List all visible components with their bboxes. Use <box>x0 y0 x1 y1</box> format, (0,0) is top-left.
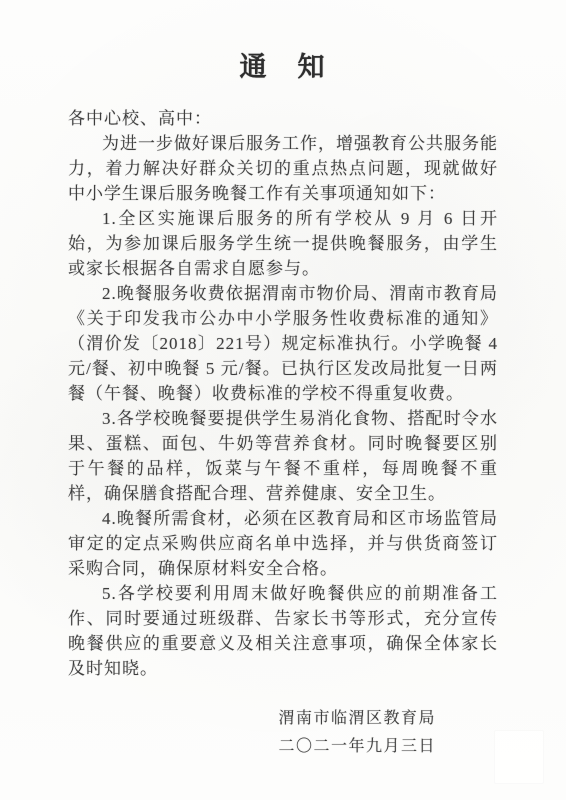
document-body: 各中心校、高中： 为进一步做好课后服务工作，增强教育公共服务能力，着力解决好群众… <box>68 106 498 761</box>
signature-inner: 渭南市临渭区教育局 二〇二一年九月三日 <box>278 705 436 761</box>
notice-item-4: 4.晚餐所需食材，必须在区教育局和区市场监管局审定的定点采购供应商名单中选择，并… <box>68 506 498 581</box>
salutation-line: 各中心校、高中： <box>68 106 498 131</box>
scan-artifact-patch <box>494 730 544 784</box>
notice-item-1: 1.全区实施课后服务的所有学校从 9 月 6 日开始，为参加课后服务学生统一提供… <box>68 206 498 281</box>
notice-document-page: 通 知 各中心校、高中： 为进一步做好课后服务工作，增强教育公共服务能力，着力解… <box>0 0 566 800</box>
notice-item-2: 2.晚餐服务收费依据渭南市物价局、渭南市教育局《关于印发我市公办中小学服务性收费… <box>68 281 498 406</box>
notice-item-3: 3.各学校晚餐要提供学生易消化食物、搭配时令水果、蛋糕、面包、牛奶等营养食材。同… <box>68 406 498 506</box>
notice-item-5: 5.各学校要利用周末做好晚餐供应的前期准备工作、同时要通过班级群、告家长书等形式… <box>68 581 498 681</box>
document-title: 通 知 <box>68 50 498 84</box>
issuer-name: 渭南市临渭区教育局 <box>278 705 436 733</box>
issue-date: 二〇二一年九月三日 <box>278 733 436 761</box>
signature-block: 渭南市临渭区教育局 二〇二一年九月三日 <box>68 705 498 761</box>
intro-paragraph: 为进一步做好课后服务工作，增强教育公共服务能力，着力解决好群众关切的重点热点问题… <box>68 131 498 206</box>
